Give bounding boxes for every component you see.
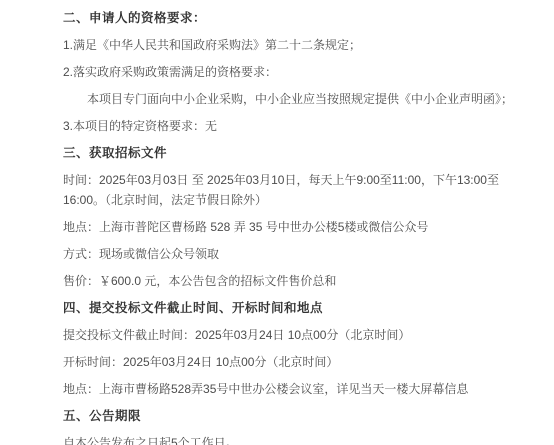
qualification-requirement-3: 3.本项目的特定资格要求：无	[63, 116, 540, 136]
section-applicant-qualifications: 二、申请人的资格要求： 1.满足《中华人民共和国政府采购法》第二十二条规定； 2…	[63, 8, 540, 136]
section-announcement-period: 五、公告期限 自本公告发布之日起5个工作日。	[63, 406, 540, 445]
qualification-requirement-2: 2.落实政府采购政策需满足的资格要求：	[63, 62, 540, 82]
announcement-page: 二、申请人的资格要求： 1.满足《中华人民共和国政府采购法》第二十二条规定； 2…	[0, 0, 554, 445]
announcement-content: 二、申请人的资格要求： 1.满足《中华人民共和国政府采购法》第二十二条规定； 2…	[0, 0, 554, 445]
announcement-period-text: 自本公告发布之日起5个工作日。	[63, 433, 540, 445]
section-obtain-bidding-documents: 三、获取招标文件 时间：2025年03月03日 至 2025年03月10日，每天…	[63, 143, 540, 291]
bid-opening-location: 地点：上海市曹杨路528弄35号中世办公楼会议室，详见当天一楼大屏幕信息	[63, 379, 540, 399]
submission-deadline: 提交投标文件截止时间：2025年03月24日 10点00分（北京时间）	[63, 325, 540, 345]
obtain-price: 售价：￥600.0 元，本公告包含的招标文件售价总和	[63, 271, 540, 291]
section-heading-obtain-bidding-documents: 三、获取招标文件	[63, 143, 540, 163]
section-heading-announcement-period: 五、公告期限	[63, 406, 540, 426]
smes-procurement-note: 本项目专门面向中小企业采购，中小企业应当按照规定提供《中小企业声明函》；	[63, 89, 540, 109]
bid-opening-time: 开标时间：2025年03月24日 10点00分（北京时间）	[63, 352, 540, 372]
obtain-time: 时间：2025年03月03日 至 2025年03月10日，每天上午9:00至11…	[63, 170, 540, 210]
obtain-method: 方式：现场或微信公众号领取	[63, 244, 540, 264]
section-heading-submission-and-opening: 四、提交投标文件截止时间、开标时间和地点	[63, 298, 540, 318]
section-heading-applicant-qualifications: 二、申请人的资格要求：	[63, 8, 540, 28]
qualification-requirement-1: 1.满足《中华人民共和国政府采购法》第二十二条规定；	[63, 35, 540, 55]
obtain-location: 地点：上海市普陀区曹杨路 528 弄 35 号中世办公楼5楼或微信公众号	[63, 217, 540, 237]
section-submission-and-opening: 四、提交投标文件截止时间、开标时间和地点 提交投标文件截止时间：2025年03月…	[63, 298, 540, 399]
